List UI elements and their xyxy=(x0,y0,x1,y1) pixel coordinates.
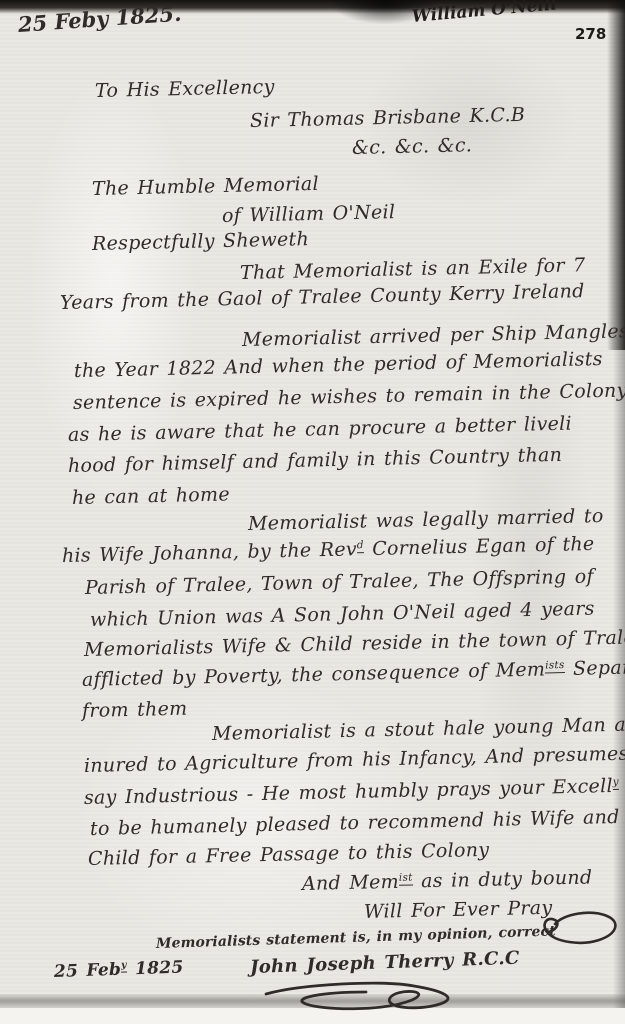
signature-flourish-icon xyxy=(262,978,462,1012)
manuscript-line: say Industrious - He most humbly prays y… xyxy=(84,775,620,809)
manuscript-line: Years from the Gaol of Tralee County Ker… xyxy=(60,280,585,314)
manuscript-line: Memorialist arrived per Ship Mangles in xyxy=(242,320,625,351)
signature-line: John Joseph Therry R.C.C xyxy=(250,948,520,978)
manuscript-line: he can at home xyxy=(72,483,230,509)
manuscript-line: Parish of Tralee, Town of Tralee, The Of… xyxy=(85,565,594,599)
manuscript-line: the Year 1822 And when the period of Mem… xyxy=(74,348,603,382)
etcetera-line: &c. &c. &c. xyxy=(352,134,473,159)
manuscript-line: from them xyxy=(82,698,188,722)
memorial-title-line: The Humble Memorial xyxy=(92,173,319,200)
manuscript-line: Will For Ever Pray xyxy=(364,897,553,923)
manuscript-line: inured to Agriculture from his Infancy, … xyxy=(84,742,625,777)
manuscript-line: his Wife Johanna, by the Revd Cornelius … xyxy=(62,533,595,567)
manuscript-line: sentence is expired he wishes to remain … xyxy=(73,379,625,414)
pen-flourish-icon xyxy=(533,898,625,956)
manuscript-line: to be humanely pleased to recommend his … xyxy=(90,806,620,840)
manuscript-line: Memorialists Wife & Child reside in the … xyxy=(84,626,625,661)
manuscript-line: as he is aware that he can procure a bet… xyxy=(68,413,572,446)
manuscript-line: hood for himself and family in this Coun… xyxy=(68,444,563,477)
manuscript-line: afflicted by Poverty, the consequence of… xyxy=(82,655,625,691)
manuscript-line: That Memorialist is an Exile for 7 xyxy=(240,254,586,284)
manuscript-line: Child for a Free Passage to this Colony xyxy=(88,839,490,870)
sheweth-line: Respectfully Sheweth xyxy=(92,228,310,255)
manuscript-line: And Memist as in duty bound xyxy=(302,866,593,895)
manuscript-body: To His ExcellencySir Thomas Brisbane K.C… xyxy=(0,0,625,1024)
manuscript-line: which Union was A Son John O'Neil aged 4… xyxy=(90,598,595,631)
memorialist-name-line: of William O'Neil xyxy=(222,201,396,227)
salutation-line: To His Excellency xyxy=(95,76,275,102)
scanned-memorial-document: 25 Feby 1825. William O'Neill 278 To His… xyxy=(0,0,625,1024)
certification-date-line: 25 Feby 1825 xyxy=(54,957,184,982)
manuscript-line: Memorialist is a stout hale young Man an… xyxy=(212,713,625,745)
manuscript-line: Memorialist was legally married to xyxy=(248,505,604,535)
addressee-line: Sir Thomas Brisbane K.C.B xyxy=(250,104,526,132)
